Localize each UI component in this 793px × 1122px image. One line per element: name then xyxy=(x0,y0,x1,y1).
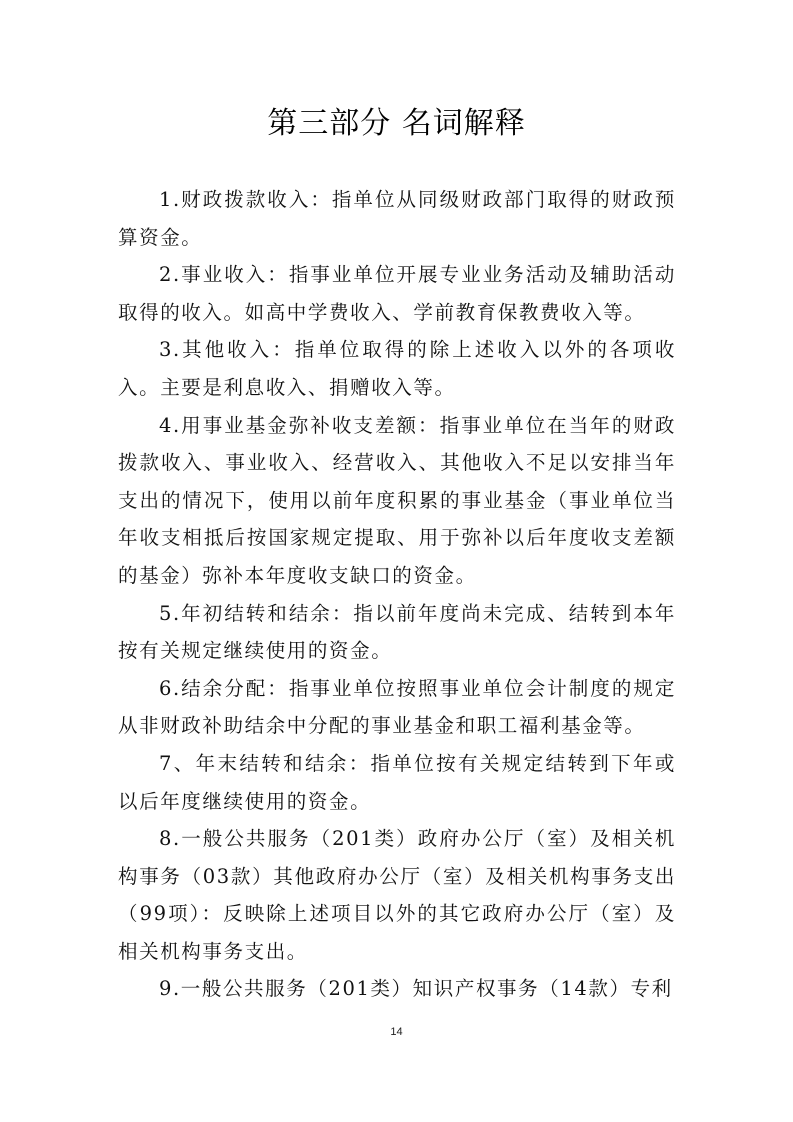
definition-paragraph: 8.一般公共服务（201类）政府办公厅（室）及相关机构事务（03款）其他政府办公… xyxy=(118,820,676,970)
document-page: 第三部分 名词解释 1.财政拨款收入：指单位从同级财政部门取得的财政预算资金。 … xyxy=(0,0,793,1122)
page-number: 14 xyxy=(0,1026,793,1038)
definition-paragraph: 5.年初结转和结余：指以前年度尚未完成、结转到本年按有关规定继续使用的资金。 xyxy=(118,595,676,670)
definition-paragraph: 4.用事业基金弥补收支差额：指事业单位在当年的财政拨款收入、事业收入、经营收入、… xyxy=(118,407,676,595)
page-title: 第三部分 名词解释 xyxy=(0,98,793,142)
definition-paragraph: 9.一般公共服务（201类）知识产权事务（14款）专利 xyxy=(118,970,676,1008)
definition-paragraph: 7、年末结转和结余：指单位按有关规定结转到下年或以后年度继续使用的资金。 xyxy=(118,745,676,820)
definition-paragraph: 2.事业收入：指事业单位开展专业业务活动及辅助活动取得的收入。如高中学费收入、学… xyxy=(118,256,676,331)
definition-paragraph: 6.结余分配：指事业单位按照事业单位会计制度的规定从非财政补助结余中分配的事业基… xyxy=(118,670,676,745)
definitions-body: 1.财政拨款收入：指单位从同级财政部门取得的财政预算资金。 2.事业收入：指事业… xyxy=(118,181,676,1008)
definition-paragraph: 3.其他收入：指单位取得的除上述收入以外的各项收入。主要是利息收入、捐赠收入等。 xyxy=(118,331,676,406)
definition-paragraph: 1.财政拨款收入：指单位从同级财政部门取得的财政预算资金。 xyxy=(118,181,676,256)
